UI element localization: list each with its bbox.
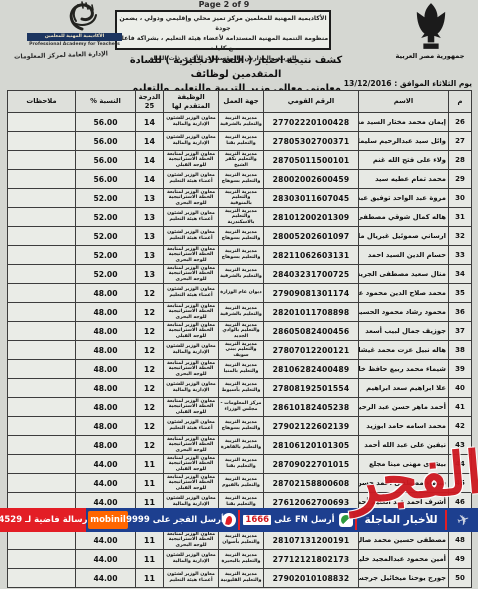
cell-percentage: 48.00 bbox=[76, 322, 136, 341]
cell-national-id: 28005202601097 bbox=[264, 227, 359, 246]
table-row: 50جورج يوحنا ميخائيل جرجس27902010108832م… bbox=[8, 569, 472, 588]
cell-workplace: مديرية التربية والتعليم بالمنيا bbox=[219, 360, 264, 379]
cell-percentage: 52.00 bbox=[76, 189, 136, 208]
col-header-name: الاسم bbox=[359, 91, 449, 113]
cell-score: 14 bbox=[136, 132, 164, 151]
cell-workplace: مديرية التربية والتعليم بالشرقية bbox=[219, 265, 264, 284]
cell-serial: 31 bbox=[449, 208, 472, 227]
cell-serial: 36 bbox=[449, 303, 472, 322]
cell-national-id: 27902010108832 bbox=[264, 569, 359, 588]
cell-name: منال سعيد مصطفى الجريس bbox=[359, 265, 449, 284]
cell-national-id: 28303011607045 bbox=[264, 189, 359, 208]
col-header-percentage: النسبة % bbox=[76, 91, 136, 113]
cell-name: محمد اسامه حامد ابوزيد bbox=[359, 417, 449, 436]
cell-workplace: مديرية التربية والتعليم بسوهاج bbox=[219, 170, 264, 189]
cell-name: وائل سيد عبدالرحيم سليمان bbox=[359, 132, 449, 151]
cell-position: معاون الوزير لمتابعة الخطة الاستراتيجية … bbox=[164, 398, 219, 417]
cell-score: 11 bbox=[136, 569, 164, 588]
header-row: م الاسم الرقم القومي جهة العمل الوظيفة ا… bbox=[8, 91, 472, 113]
cell-position: معاون الوزير لمتابعة الخطة الاستراتيجية … bbox=[164, 474, 219, 493]
cell-workplace: ديوان عام الوزارة bbox=[219, 284, 264, 303]
table-row: 29محمد تمام عطيه سيد28002002600459مديرية… bbox=[8, 170, 472, 189]
cell-serial: 29 bbox=[449, 170, 472, 189]
cell-national-id: 28101200201309 bbox=[264, 208, 359, 227]
col-header-workplace: جهة العمل bbox=[219, 91, 264, 113]
document-title-line1: كشف نتيجة اختبار ( اللغة الانجليزية ) لل… bbox=[116, 54, 356, 82]
table-row: 41أحمد ماهر حسن عبد الرحيم28610182405238… bbox=[8, 398, 472, 417]
table-row: 35محمد صلاح الدين محمود عيد2790908130117… bbox=[8, 284, 472, 303]
cell-name: شيماء مصطفى احمد حسن bbox=[359, 474, 449, 493]
cell-position: معاون الوزير للشئون الإدارية والمالية bbox=[164, 550, 219, 569]
cell-notes bbox=[8, 322, 76, 341]
cell-workplace: مديرية التربية والتعليم بالشرقية bbox=[219, 113, 264, 132]
academy-info-box: الأكاديمية المهنية للمعلمين مركز تميز مح… bbox=[115, 10, 331, 50]
table-row: 32ارساني صموئيل غبريال مليكه280052026010… bbox=[8, 227, 472, 246]
cell-position: معاون الوزير لشئون أعضاء هيئة التعليم bbox=[164, 284, 219, 303]
cell-workplace: مديرية التربية والتعليم بأسيوط bbox=[219, 379, 264, 398]
cell-national-id: 28605082400456 bbox=[264, 322, 359, 341]
cell-percentage: 48.00 bbox=[76, 284, 136, 303]
cell-position: معاون الوزير لمتابعة الخطة الاستراتيجية … bbox=[164, 455, 219, 474]
info-box-line2: منظومة التنمية المهنية المستدامة لأعضاء … bbox=[117, 34, 329, 54]
cell-position: معاون الوزير لشئون أعضاء هيئة التعليم bbox=[164, 569, 219, 588]
cell-name: أمين محمود عبدالمجيد خليل bbox=[359, 550, 449, 569]
cell-notes bbox=[8, 360, 76, 379]
cell-workplace: مديرية التربية والتعليم بالبحيرة bbox=[219, 550, 264, 569]
cell-score: 12 bbox=[136, 360, 164, 379]
cell-score: 13 bbox=[136, 265, 164, 284]
cell-score: 11 bbox=[136, 455, 164, 474]
cell-percentage: 52.00 bbox=[76, 208, 136, 227]
cell-position: معاون الوزير لشئون أعضاء هيئة التعليم bbox=[164, 227, 219, 246]
ticker-separator bbox=[445, 510, 447, 530]
cell-percentage: 44.00 bbox=[76, 474, 136, 493]
cell-percentage: 48.00 bbox=[76, 398, 136, 417]
cell-percentage: 48.00 bbox=[76, 436, 136, 455]
cell-national-id: 27909081301174 bbox=[264, 284, 359, 303]
table-row: 26إيمان محمد مختار السيد محمود2770222010… bbox=[8, 113, 472, 132]
scanned-results-page: { "page": { "page_number": "Page 2 of 9"… bbox=[0, 0, 478, 589]
cell-position: معاون الوزير لمتابعة الخطة الاستراتيجية … bbox=[164, 360, 219, 379]
cell-name: مروة عبد الواحد توفيق عبده bbox=[359, 189, 449, 208]
cell-score: 13 bbox=[136, 246, 164, 265]
table-row: 37جوزيف جمال لبيب أسعد28605082400456مدير… bbox=[8, 322, 472, 341]
cell-position: معاون الوزير لمتابعة الخطة الاستراتيجية … bbox=[164, 531, 219, 550]
cell-name: إيمان محمد مختار السيد محمود bbox=[359, 113, 449, 132]
cell-national-id: 28106120101305 bbox=[264, 436, 359, 455]
cell-percentage: 48.00 bbox=[76, 303, 136, 322]
cell-score: 12 bbox=[136, 341, 164, 360]
cell-notes bbox=[8, 550, 76, 569]
col-header-serial: م bbox=[449, 91, 472, 113]
table-row: 36محمود رشاد محمود الحسيني28201011708898… bbox=[8, 303, 472, 322]
cell-position: معاون الوزير لمتابعة الخطة الاستراتيجية … bbox=[164, 303, 219, 322]
cell-percentage: 48.00 bbox=[76, 360, 136, 379]
cell-notes bbox=[8, 265, 76, 284]
cell-workplace: مديرية التربية والتعليم بالمنوفية bbox=[219, 189, 264, 208]
cell-workplace: مديرية التربية والتعليم بسوهاج bbox=[219, 246, 264, 265]
cell-score: 12 bbox=[136, 379, 164, 398]
department-label: الإدارة العامة لمركز المعلومات bbox=[0, 50, 122, 61]
cell-notes bbox=[8, 246, 76, 265]
cell-serial: 50 bbox=[449, 569, 472, 588]
cell-workplace: مديرية التربية والتعليم بالفيوم bbox=[219, 474, 264, 493]
cell-score: 11 bbox=[136, 550, 164, 569]
cell-name: بيشوى مهنى مينا مجلع bbox=[359, 455, 449, 474]
cell-percentage: 44.00 bbox=[76, 550, 136, 569]
cell-workplace: مديرية التربية والتعليم بالوادي الجديد bbox=[219, 322, 264, 341]
cell-serial: 28 bbox=[449, 151, 472, 170]
cell-serial: 26 bbox=[449, 113, 472, 132]
cell-position: معاون الوزير لشئون أعضاء هيئة التعليم bbox=[164, 170, 219, 189]
cell-notes bbox=[8, 170, 76, 189]
cell-notes bbox=[8, 303, 76, 322]
cell-serial: 42 bbox=[449, 417, 472, 436]
table-row: 45شيماء مصطفى احمد حسن28702158800608مدير… bbox=[8, 474, 472, 493]
cell-notes bbox=[8, 569, 76, 588]
score-header-label: الدرجة bbox=[139, 93, 161, 101]
table-row: 31هاله كمال شوقي مصطفى28101200201309مدير… bbox=[8, 208, 472, 227]
cell-workplace: مديرية التربية والتعليم بالشرقية bbox=[219, 303, 264, 322]
cell-notes bbox=[8, 474, 76, 493]
cell-notes bbox=[8, 208, 76, 227]
cell-notes bbox=[8, 531, 76, 550]
cell-position: معاون الوزير لمتابعة الخطة الاستراتيجية … bbox=[164, 436, 219, 455]
cell-position: معاون الوزير لشئون أعضاء هيئة التعليم bbox=[164, 208, 219, 227]
cell-serial: 43 bbox=[449, 436, 472, 455]
cell-name: جوزيف جمال لبيب أسعد bbox=[359, 322, 449, 341]
cell-workplace: مديرية التربية والتعليم بالقاهرة bbox=[219, 436, 264, 455]
cell-percentage: 48.00 bbox=[76, 417, 136, 436]
cell-percentage: 56.00 bbox=[76, 132, 136, 151]
cell-percentage: 56.00 bbox=[76, 113, 136, 132]
cell-percentage: 56.00 bbox=[76, 170, 136, 189]
cell-notes bbox=[8, 132, 76, 151]
cell-serial: 30 bbox=[449, 189, 472, 208]
cell-notes bbox=[8, 455, 76, 474]
cell-name: نيفين على عبد الله أحمد bbox=[359, 436, 449, 455]
cell-national-id: 27805302700371 bbox=[264, 132, 359, 151]
col-header-position: الوظيفة المتقدم لها bbox=[164, 91, 219, 113]
cell-serial: 39 bbox=[449, 360, 472, 379]
ticker-vodafone-text: أرسل FN على bbox=[274, 515, 334, 525]
table-row: 30مروة عبد الواحد توفيق عبده283030116070… bbox=[8, 189, 472, 208]
plane-icon: ✈ bbox=[448, 508, 478, 532]
cell-score: 12 bbox=[136, 436, 164, 455]
cell-workplace: مديرية التربية والتعليم بسوهاج bbox=[219, 417, 264, 436]
cell-notes bbox=[8, 151, 76, 170]
cell-name: محمود رشاد محمود الحسيني bbox=[359, 303, 449, 322]
egypt-eagle-emblem-icon bbox=[409, 2, 453, 50]
academy-seal-icon bbox=[52, 1, 112, 32]
table-row: 40علا ابراهيم سعد ابراهيم27808192501554م… bbox=[8, 379, 472, 398]
table-row: 39شيماء محمد ربيع حافظ خليل2810628240048… bbox=[8, 360, 472, 379]
cell-name: شيماء محمد ربيع حافظ خليل bbox=[359, 360, 449, 379]
cell-notes bbox=[8, 436, 76, 455]
cell-name: هاله كمال شوقي مصطفى bbox=[359, 208, 449, 227]
cell-name: ولاء على فتح الله غنم bbox=[359, 151, 449, 170]
cell-score: 12 bbox=[136, 322, 164, 341]
cell-national-id: 27808192501554 bbox=[264, 379, 359, 398]
table-row: 34منال سعيد مصطفى الجريس28403231700725مد… bbox=[8, 265, 472, 284]
cell-national-id: 27807012200121 bbox=[264, 341, 359, 360]
page-number: Page 2 of 9 bbox=[115, 0, 333, 9]
cell-national-id: 28403231700725 bbox=[264, 265, 359, 284]
cell-position: معاون الوزير لمتابعة الخطة الاستراتيجية … bbox=[164, 151, 219, 170]
ticker-separator bbox=[238, 510, 240, 530]
cell-notes bbox=[8, 398, 76, 417]
cell-national-id: 27712121802173 bbox=[264, 550, 359, 569]
cell-serial: 40 bbox=[449, 379, 472, 398]
cell-national-id: 28610182405238 bbox=[264, 398, 359, 417]
vodafone-logo-icon bbox=[220, 508, 237, 532]
cell-national-id: 28705011500101 bbox=[264, 151, 359, 170]
cell-name: ارساني صموئيل غبريال مليكه bbox=[359, 227, 449, 246]
cell-workplace: مركز المعلومات - مجلس الوزراء bbox=[219, 398, 264, 417]
cell-position: معاون الوزير لمتابعة الخطة الاستراتيجية … bbox=[164, 189, 219, 208]
cell-serial: 41 bbox=[449, 398, 472, 417]
ticker-etisalat-message: رسالة فاضية لـ 4529 bbox=[0, 508, 86, 532]
cell-position: معاون الوزير لمتابعة الخطة الاستراتيجية … bbox=[164, 322, 219, 341]
cell-national-id: 28107131200191 bbox=[264, 531, 359, 550]
ticker-separator bbox=[355, 510, 357, 530]
cell-workplace: مديرية التربية والتعليم ببني سويف bbox=[219, 341, 264, 360]
cell-position: معاون الوزير للشئون الإدارية والمالية bbox=[164, 379, 219, 398]
cell-notes bbox=[8, 417, 76, 436]
cell-notes bbox=[8, 341, 76, 360]
cell-score: 12 bbox=[136, 417, 164, 436]
cell-national-id: 27902122602139 bbox=[264, 417, 359, 436]
cell-score: 13 bbox=[136, 208, 164, 227]
cell-serial: 38 bbox=[449, 341, 472, 360]
cell-notes bbox=[8, 379, 76, 398]
score-header-max: 25 bbox=[145, 102, 154, 110]
cell-serial: 35 bbox=[449, 284, 472, 303]
table-row: 28ولاء على فتح الله غنم28705011500101مدي… bbox=[8, 151, 472, 170]
cell-serial: 33 bbox=[449, 246, 472, 265]
academy-english-caption: Professional Academy for Teachers bbox=[22, 42, 127, 47]
cell-national-id: 28106282400489 bbox=[264, 360, 359, 379]
etisalat-logo-icon bbox=[337, 508, 354, 532]
col-header-notes: ملاحظات bbox=[8, 91, 76, 113]
cell-percentage: 48.00 bbox=[76, 379, 136, 398]
republic-label: جمهورية مصر العربية bbox=[392, 52, 468, 60]
cell-name: علا ابراهيم سعد ابراهيم bbox=[359, 379, 449, 398]
cell-name: هاله نبيل عزت محمد غيشان bbox=[359, 341, 449, 360]
cell-serial: 27 bbox=[449, 132, 472, 151]
cell-score: 11 bbox=[136, 474, 164, 493]
ticker-vodafone-message: أرسل FN على 1666 bbox=[241, 508, 337, 532]
cell-name: مصطفى حسين محمد صالح bbox=[359, 531, 449, 550]
cell-percentage: 56.00 bbox=[76, 151, 136, 170]
cell-serial: 49 bbox=[449, 550, 472, 569]
cell-workplace: مديرية التربية والتعليم بالاسكندرية bbox=[219, 208, 264, 227]
cell-score: 12 bbox=[136, 398, 164, 417]
cell-name: جورج يوحنا ميخائيل جرجس bbox=[359, 569, 449, 588]
cell-score: 12 bbox=[136, 303, 164, 322]
cell-position: معاون الوزير للشئون الإدارية والمالية bbox=[164, 132, 219, 151]
cell-workplace: مديرية التربية والتعليم بأسوان bbox=[219, 531, 264, 550]
col-header-score: الدرجة 25 bbox=[136, 91, 164, 113]
cell-workplace: مديرية التربية والتعليم بقنا bbox=[219, 132, 264, 151]
table-row: 38هاله نبيل عزت محمد غيشان27807012200121… bbox=[8, 341, 472, 360]
cell-workplace: مديرية التربية والتعليم بسوهاج bbox=[219, 227, 264, 246]
academy-arabic-band: الأكاديمية المهنية للمعلمين bbox=[27, 33, 122, 41]
table-row: 49أمين محمود عبدالمجيد خليل2771212180217… bbox=[8, 550, 472, 569]
ticker-fagr-message: أرسل الفجر على 9999 bbox=[130, 508, 220, 532]
cell-workplace: مديرية التربية والتعليم القليوبية bbox=[219, 569, 264, 588]
cell-score: 14 bbox=[136, 151, 164, 170]
cell-serial: 32 bbox=[449, 227, 472, 246]
cell-percentage: 44.00 bbox=[76, 531, 136, 550]
cell-score: 13 bbox=[136, 189, 164, 208]
table-row: 27وائل سيد عبدالرحيم سليمان2780530270037… bbox=[8, 132, 472, 151]
cell-notes bbox=[8, 284, 76, 303]
breaking-news-label: للأخبار العاجلة bbox=[358, 508, 444, 532]
table-row: 43نيفين على عبد الله أحمد28106120101305م… bbox=[8, 436, 472, 455]
cell-name: حسام الدين السيد احمد bbox=[359, 246, 449, 265]
cell-percentage: 52.00 bbox=[76, 227, 136, 246]
cell-name: أحمد ماهر حسن عبد الرحيم bbox=[359, 398, 449, 417]
cell-national-id: 28211062603131 bbox=[264, 246, 359, 265]
cell-position: معاون الوزير للشئون الإدارية والمالية bbox=[164, 113, 219, 132]
cell-score: 13 bbox=[136, 227, 164, 246]
cell-notes bbox=[8, 227, 76, 246]
cell-position: معاون الوزير للشئون الإدارية والمالية bbox=[164, 341, 219, 360]
mobinil-logo: mobinil bbox=[88, 511, 128, 529]
cell-percentage: 48.00 bbox=[76, 341, 136, 360]
info-box-line1: الأكاديمية المهنية للمعلمين مركز تميز مح… bbox=[117, 14, 329, 34]
cell-national-id: 28002002600459 bbox=[264, 170, 359, 189]
cell-score: 12 bbox=[136, 284, 164, 303]
table-row: 33حسام الدين السيد احمد28211062603131مدي… bbox=[8, 246, 472, 265]
cell-position: معاون الوزير لشئون أعضاء هيئة التعليم bbox=[164, 417, 219, 436]
cell-name: محمد صلاح الدين محمود عيد bbox=[359, 284, 449, 303]
cell-serial: 44 bbox=[449, 455, 472, 474]
cell-national-id: 28201011708898 bbox=[264, 303, 359, 322]
cell-national-id: 28709022701015 bbox=[264, 455, 359, 474]
cell-percentage: 52.00 bbox=[76, 246, 136, 265]
cell-notes bbox=[8, 189, 76, 208]
cell-score: 14 bbox=[136, 113, 164, 132]
cell-percentage: 44.00 bbox=[76, 455, 136, 474]
cell-serial: 37 bbox=[449, 322, 472, 341]
cell-workplace: مديرية التربية والتعليم بقنا bbox=[219, 455, 264, 474]
cell-serial: 34 bbox=[449, 265, 472, 284]
cell-name: محمد تمام عطيه سيد bbox=[359, 170, 449, 189]
col-header-national-id: الرقم القومي bbox=[264, 91, 359, 113]
cell-position: معاون الوزير لمتابعة الخطة الاستراتيجية … bbox=[164, 246, 219, 265]
table-row: 44بيشوى مهنى مينا مجلع28709022701015مدير… bbox=[8, 455, 472, 474]
cell-workplace: مديرية التربية والتعليم بكفر الشيخ bbox=[219, 151, 264, 170]
cell-score: 14 bbox=[136, 170, 164, 189]
cell-national-id: 28702158800608 bbox=[264, 474, 359, 493]
date-line: يوم الثلاثاء الموافق : 13/12/2016 bbox=[328, 79, 472, 88]
cell-serial: 45 bbox=[449, 474, 472, 493]
news-ticker-bar: رسالة فاضية لـ 4529 mobinil أرسل الفجر ع… bbox=[0, 508, 478, 532]
cell-percentage: 52.00 bbox=[76, 265, 136, 284]
cell-national-id: 27702220100428 bbox=[264, 113, 359, 132]
cell-percentage: 44.00 bbox=[76, 569, 136, 588]
cell-notes bbox=[8, 113, 76, 132]
cell-score: 11 bbox=[136, 531, 164, 550]
cell-position: معاون الوزير لمتابعة الخطة الاستراتيجية … bbox=[164, 265, 219, 284]
cell-serial: 48 bbox=[449, 531, 472, 550]
table-row: 42محمد اسامه حامد ابوزيد27902122602139مد… bbox=[8, 417, 472, 436]
table-row: 48مصطفى حسين محمد صالح28107131200191مدير… bbox=[8, 531, 472, 550]
ticker-vodafone-number: 1666 bbox=[243, 515, 271, 525]
